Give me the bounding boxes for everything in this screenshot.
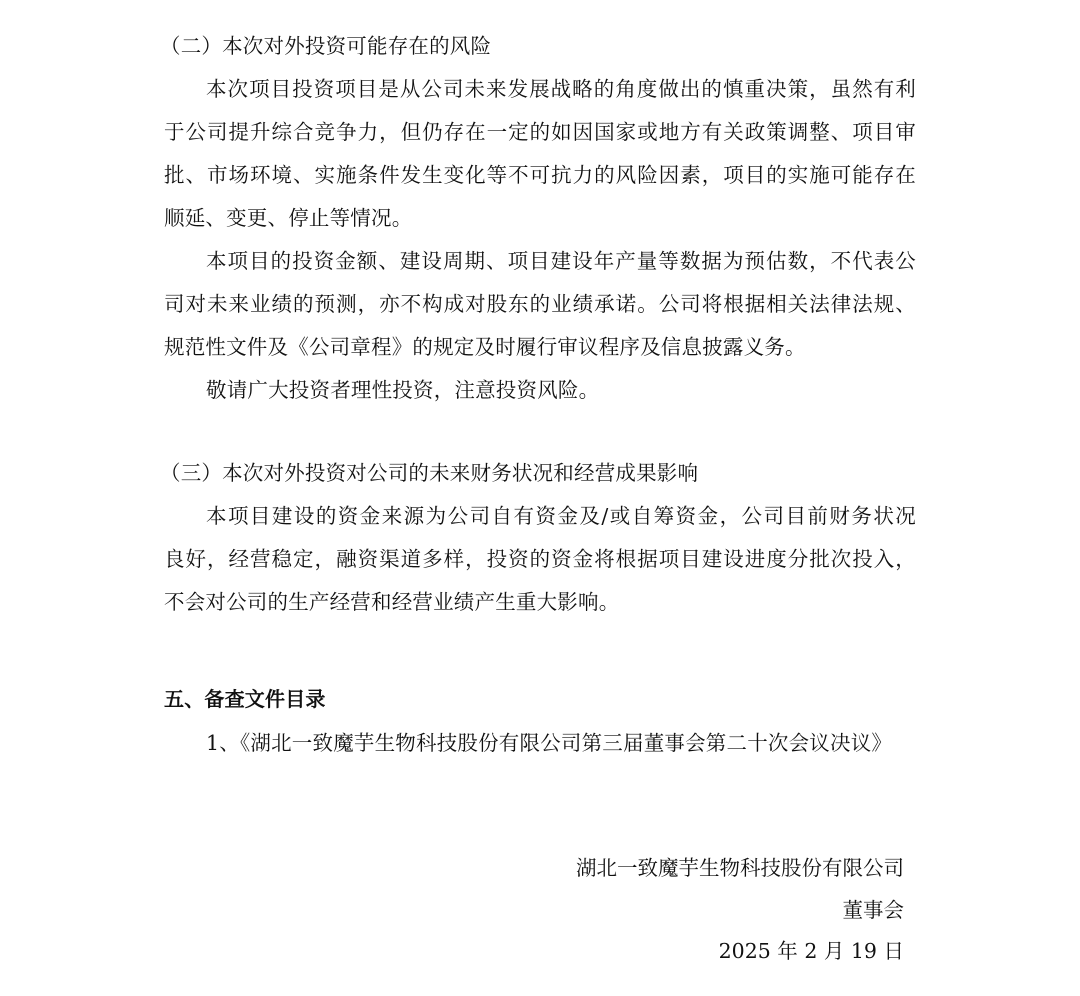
section-3-heading: （三）本次对外投资对公司的未来财务状况和经营成果影响 — [160, 461, 698, 485]
section-2-para2-line3: 规范性文件及《公司章程》的规定及时履行审议程序及信息披露义务。 — [164, 335, 806, 359]
section-2-para2-line2: 司对未来业绩的预测，亦不构成对股东的业绩承诺。公司将根据相关法律法规、 — [164, 292, 916, 316]
reference-document-item: 1、《湖北一致魔芋生物科技股份有限公司第三届董事会第二十次会议决议》 — [206, 731, 892, 755]
section-5-heading: 五、备查文件目录 — [164, 687, 326, 711]
section-2-para1-line2: 于公司提升综合竞争力，但仍存在一定的如因国家或地方有关政策调整、项目审 — [164, 120, 916, 144]
section-3-para1-line1: 本项目建设的资金来源为公司自有资金及/或自筹资金，公司目前财务状况 — [206, 504, 916, 528]
section-2-heading: （二）本次对外投资可能存在的风险 — [160, 34, 491, 58]
section-3-para1-line2: 良好，经营稳定，融资渠道多样，投资的资金将根据项目建设进度分批次投入， — [164, 547, 916, 571]
signature-date: 2025 年 2 月 19 日 — [719, 939, 904, 963]
signature-company: 湖北一致魔芋生物科技股份有限公司 — [576, 856, 904, 880]
section-3-para1-line3: 不会对公司的生产经营和经营业绩产生重大影响。 — [164, 590, 619, 614]
section-2-para2-line1: 本项目的投资金额、建设周期、项目建设年产量等数据为预估数，不代表公 — [206, 249, 916, 273]
section-2-para3-line1: 敬请广大投资者理性投资，注意投资风险。 — [206, 378, 599, 402]
section-2-para1-line3: 批、市场环境、实施条件发生变化等不可抗力的风险因素，项目的实施可能存在 — [164, 163, 916, 187]
section-2-para1-line1: 本次项目投资项目是从公司未来发展战略的角度做出的慎重决策，虽然有利 — [206, 77, 916, 101]
section-2-para1-line4: 顺延、变更、停止等情况。 — [164, 206, 412, 230]
signature-board: 董事会 — [843, 898, 905, 922]
